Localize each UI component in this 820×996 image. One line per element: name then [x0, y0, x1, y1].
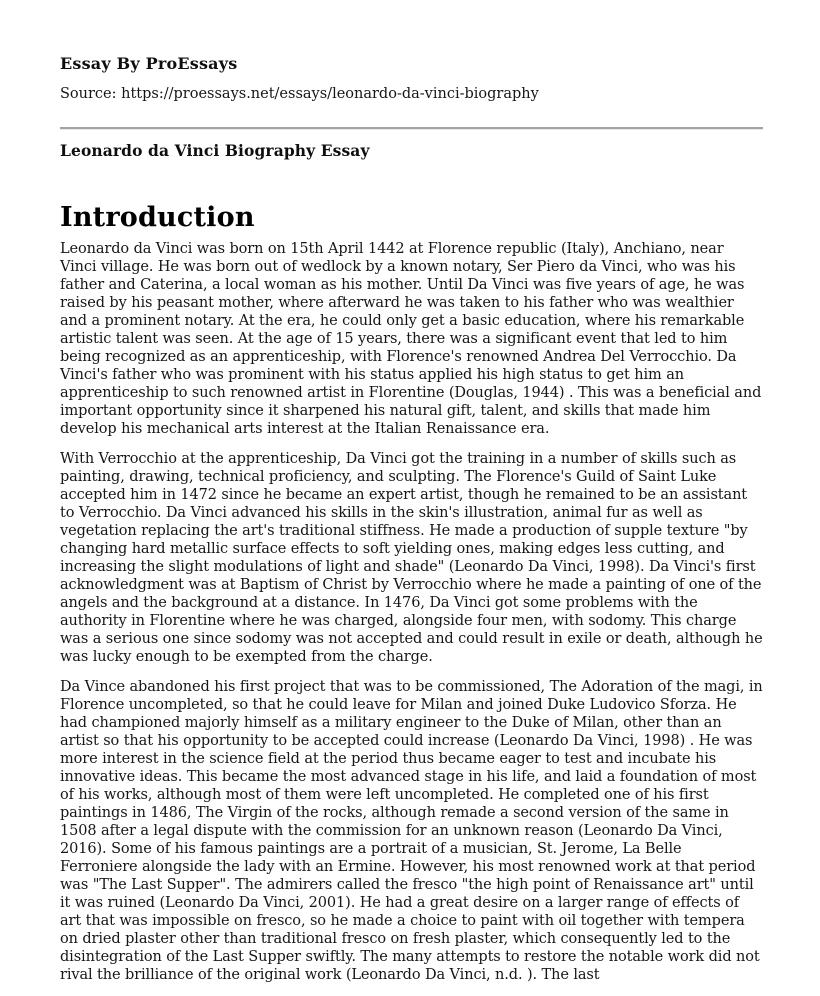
source-label: Source:	[60, 86, 121, 102]
section-heading-introduction: Introduction	[60, 204, 763, 231]
essay-paragraph-3: Da Vince abandoned his first project tha…	[60, 678, 763, 984]
essay-page: Essay By ProEssays Source: https://proes…	[0, 0, 820, 996]
essay-paragraph-1: Leonardo da Vinci was born on 15th April…	[60, 240, 763, 438]
brand-heading: Essay By ProEssays	[60, 54, 763, 73]
essay-title: Leonardo da Vinci Biography Essay	[60, 142, 763, 160]
source-url: https://proessays.net/essays/leonardo-da…	[121, 86, 539, 102]
essay-paragraph-2: With Verrocchio at the apprenticeship, D…	[60, 450, 763, 666]
divider	[60, 127, 763, 130]
source-line: Source: https://proessays.net/essays/leo…	[60, 85, 763, 103]
